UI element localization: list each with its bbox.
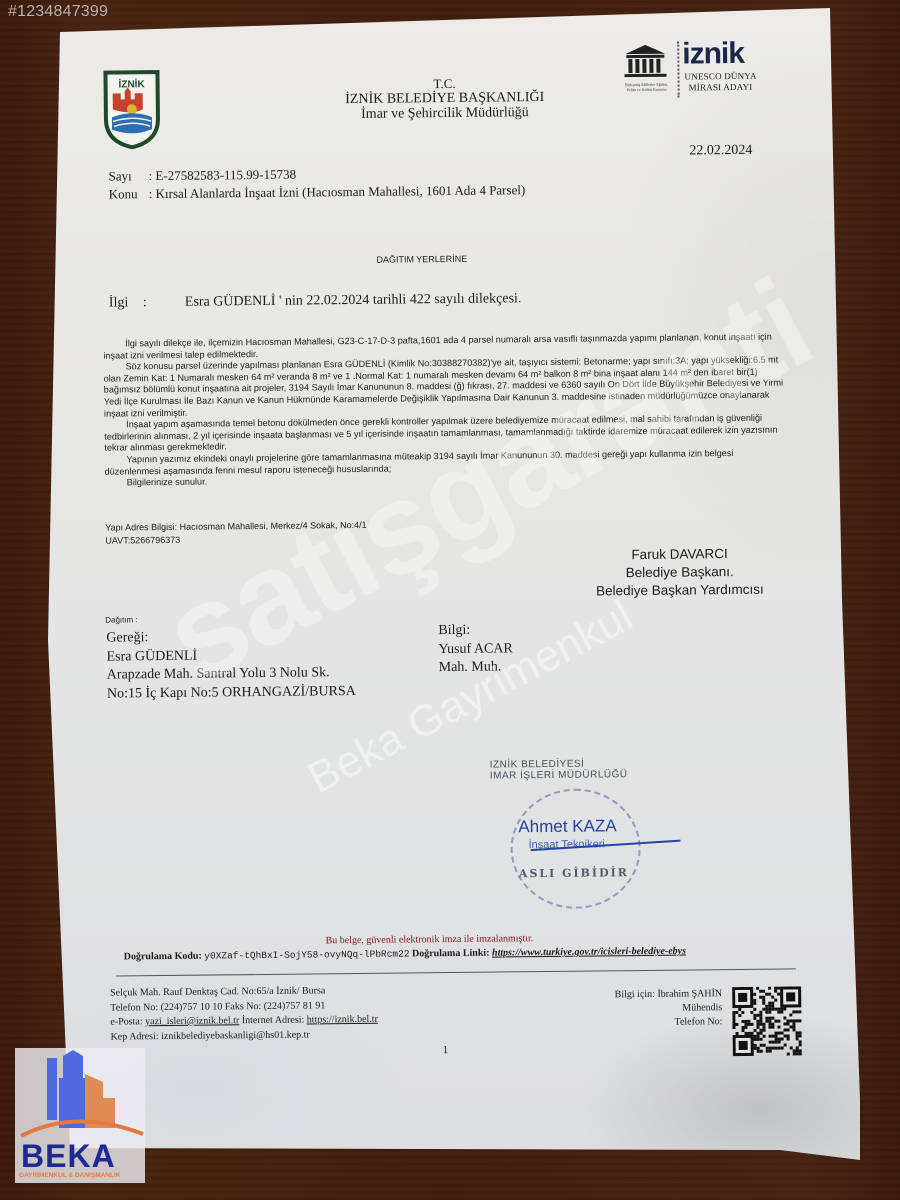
web-label: İnternet Adresi: <box>242 1015 305 1027</box>
footer-email-web: e-Posta: yazi_isleri@iznik.bel.tr İntern… <box>110 1013 378 1030</box>
recipient-address-line2: No:15 İç Kapı No:5 ORHANGAZİ/BURSA <box>107 682 356 703</box>
distribution-info: Bilgi: Yusuf ACAR Mah. Muh. <box>438 621 513 677</box>
recipient-address-line1: Arapzade Mah. Santral Yolu 3 Nolu Sk. <box>107 664 356 685</box>
beka-logo: BEKA GAYRİMENKUL & DANIŞMANLIK <box>15 1048 145 1183</box>
signatory-name: Faruk DAVARCI <box>579 545 779 565</box>
konu-value: : Kırsal Alanlarda İnşaat İzni (Hacıosma… <box>149 181 526 203</box>
signatory-title-deputy: Belediye Başkan Yardımcısı <box>580 581 780 601</box>
unesco-caption: Birleşmiş Milletler Eğitim, Bilim ve Kül… <box>621 82 673 93</box>
letter-body: İlgi sayılı dilekçe ile, ilçemizin Hacıo… <box>103 331 785 489</box>
footer-divider <box>116 968 796 976</box>
footer-contact: Selçuk Mah. Rauf Denktaş Cad. No:65/a İz… <box>110 984 378 1045</box>
svg-text:İZNİK: İZNİK <box>118 77 145 90</box>
signatory-block: Faruk DAVARCI Belediye Başkanı. Belediye… <box>579 545 780 601</box>
distribution-label: Dağıtım : <box>105 615 138 624</box>
body-paragraph: Söz konusu parsel üzerinde yapılması pla… <box>103 355 784 420</box>
document-meta: Sayı : E-27582583-115.99-15738 Konu : Kı… <box>108 163 525 203</box>
document: İZNİK T.C. İZNİK BELEDİYE BAŞKANLIĞI İma… <box>0 0 900 1200</box>
verification-code: y0XZaf-tQhBxI-SojY58-ovyNQq-lPbRcm22 <box>204 948 409 961</box>
footer-kep: Kep Adresi: iznikbelediyebaskanligi@hs01… <box>110 1027 378 1044</box>
building-address-info: Yapı Adres Bilgisi: Hacıosman Mahallesi,… <box>105 519 367 548</box>
document-date: 22.02.2024 <box>689 143 752 160</box>
page-number: 1 <box>443 1044 449 1056</box>
iznik-crest-icon: İZNİK <box>102 69 161 150</box>
certified-text: ASLI GİBİDİR <box>519 866 629 880</box>
department-name: İmar ve Şehircilik Müdürlüğü <box>295 104 595 122</box>
unesco-line2: MİRASI ADAYI <box>689 82 753 93</box>
beka-wordmark: BEKA <box>21 1138 116 1175</box>
building-address: Yapı Adres Bilgisi: Hacıosman Mahallesi,… <box>105 519 367 535</box>
letterhead: T.C. İZNİK BELEDİYE BAŞKANLIĞI İmar ve Ş… <box>295 74 595 122</box>
uavt-code: UAVT:5266796373 <box>105 532 367 548</box>
stamp-line2: IMAR İŞLERİ MÜDÜRLÜĞÜ <box>490 768 690 781</box>
unesco-line1: UNESCO DÜNYA <box>684 71 756 82</box>
distribution-action: Gereği: Esra GÜDENLİ Arapzade Mah. Santr… <box>106 627 356 704</box>
email-link[interactable]: yazi_isleri@iznik.bel.tr <box>145 1015 239 1027</box>
verification-code-label: Doğrulama Kodu: <box>124 951 202 963</box>
sayi-label: Sayı <box>108 167 148 185</box>
buildings-icon <box>15 1048 145 1138</box>
info-recipient-title: Mah. Muh. <box>439 658 513 677</box>
qr-code-icon <box>732 986 803 1059</box>
verification-link[interactable]: https://www.turkiye.gov.tr/icisleri-bele… <box>492 946 686 959</box>
contact-phone: Telefon No: <box>564 1015 722 1031</box>
beka-tagline: GAYRİMENKUL & DANIŞMANLIK <box>19 1172 120 1179</box>
unesco-candidate-logo: Birleşmiş Milletler Eğitim, Bilim ve Kül… <box>620 41 771 103</box>
esignature-note: Bu belge, güvenli elektronik imza ile im… <box>326 933 534 946</box>
bilgi-label: Bilgi: <box>438 621 512 640</box>
signatory-title: Belediye Başkanı. <box>580 563 780 583</box>
email-label: e-Posta: <box>110 1016 142 1027</box>
info-recipient-name: Yusuf ACAR <box>438 640 512 659</box>
stamp-signer-name: Ahmet KAZA <box>518 816 616 837</box>
iznik-brand: iznik <box>682 37 744 72</box>
certified-copy-stamp: IZNİK BELEDİYESİ IMAR İŞLERİ MÜDÜRLÜĞÜ A… <box>490 757 692 919</box>
reference-line: İlgi : Esra GÜDENLİ ' nin 22.02.2024 tar… <box>109 291 522 311</box>
verification-line: Doğrulama Kodu: y0XZaf-tQhBxI-SojY58-ovy… <box>124 946 686 963</box>
verification-link-label: Doğrulama Linki: <box>412 948 490 960</box>
ilgi-label: İlgi <box>109 295 143 311</box>
konu-label: Konu <box>109 185 149 203</box>
sayi-value: : E-27582583-115.99-15738 <box>148 166 296 186</box>
ilgi-text: Esra GÜDENLİ ' nin 22.02.2024 tarihli 42… <box>185 291 522 311</box>
distribution-heading: DAĞITIM YERLERİNE <box>376 254 467 265</box>
footer-info-contact: Bilgi için: İbrahim ŞAHİN Mühendis Telef… <box>564 987 722 1031</box>
logo-divider <box>677 42 680 98</box>
unesco-temple-icon <box>622 44 668 80</box>
web-link[interactable]: https://iznik.bel.tr <box>307 1014 378 1026</box>
ilgi-colon: : <box>143 295 185 311</box>
